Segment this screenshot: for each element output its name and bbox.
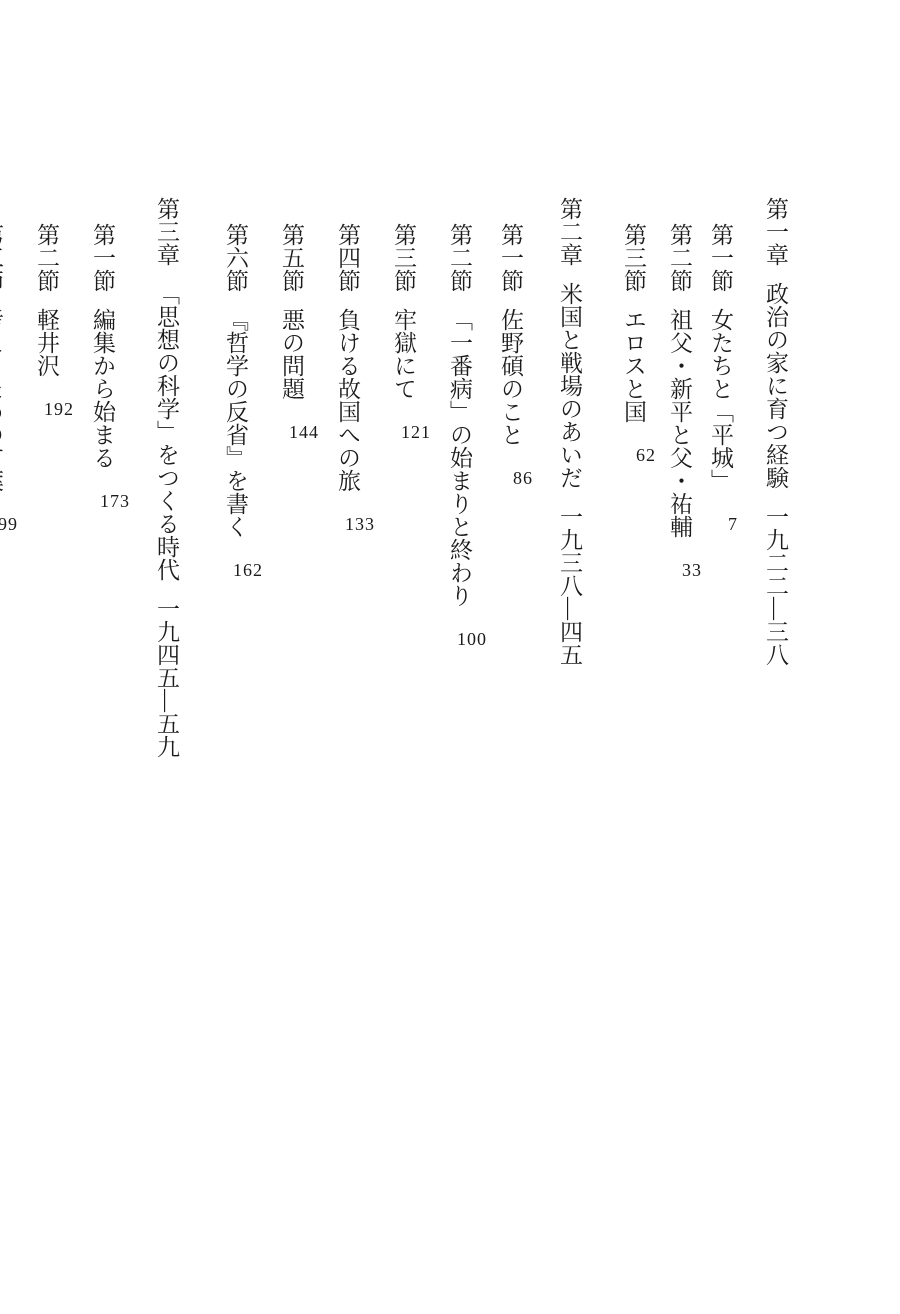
section-entry: 第二節祖父・新平と父・祐輔33	[656, 197, 702, 758]
chapter-title: 「思想の科学」をつくる時代	[154, 282, 179, 581]
section-entry: 第一節佐野碩のこと86	[487, 197, 533, 758]
chapter-title: 政治の家に育つ経験	[763, 282, 788, 489]
page-number: 33	[656, 552, 702, 589]
section-number-label: 第三節	[621, 223, 646, 292]
section-entry: 第三節牢獄にて121	[375, 197, 431, 758]
page-number: 121	[375, 414, 431, 451]
section-number-label: 第四節	[335, 223, 360, 292]
table-of-contents: 第一章政治の家に育つ経験一九二二―三八 第一節女たちと「平城」7 第二節祖父・新…	[0, 197, 794, 758]
section-entry: 第一節女たちと「平城」7	[702, 197, 739, 758]
chapter-number-label: 第三章	[154, 197, 179, 266]
section-number-label: 第六節	[223, 223, 248, 292]
chapter-years: 一九三八―四五	[557, 505, 582, 666]
section-title: 祖父・新平と父・祐輔	[667, 308, 692, 538]
page-number: 199	[0, 506, 18, 543]
section-title: 佐野碩のこと	[498, 308, 523, 446]
page-number: 162	[207, 552, 263, 589]
page-number: 133	[319, 506, 375, 543]
chapter-years: 一九二二―三八	[763, 505, 788, 666]
section-number-label: 第三節	[0, 223, 3, 292]
page-number: 192	[18, 391, 74, 428]
section-entry: 第四節負ける故国への旅133	[319, 197, 375, 758]
chapter-title: 米国と戦場のあいだ	[557, 282, 582, 489]
section-title: 「一番病」の始まりと終わり	[447, 308, 472, 607]
section-entry: 第二節軽井沢192	[18, 197, 74, 758]
page-number: 100	[431, 621, 487, 658]
page-number: 86	[487, 460, 533, 497]
section-title: 編集から始まる	[90, 308, 115, 469]
section-number-label: 第三節	[391, 223, 416, 292]
chapter-years: 一九四五―五九	[154, 597, 179, 758]
page-number: 7	[702, 506, 738, 543]
section-title: 女たちと「平城」	[708, 308, 733, 492]
section-title: 負ける故国への旅	[335, 308, 360, 492]
page-number: 62	[610, 437, 656, 474]
section-number-label: 第二節	[447, 223, 472, 292]
chapter-number-label: 第二章	[557, 197, 582, 266]
section-title: 軽井沢	[34, 308, 59, 377]
section-title: 牢獄にて	[391, 308, 416, 400]
section-entry: 第六節『哲学の反省』を書く162	[207, 197, 263, 758]
section-entry: 第一節編集から始まる173	[74, 197, 130, 758]
section-title: 悪の問題	[279, 308, 304, 400]
toc-page: 第一章政治の家に育つ経験一九二二―三八 第一節女たちと「平城」7 第二節祖父・新…	[0, 0, 900, 1314]
section-number-label: 第一節	[498, 223, 523, 292]
chapter-entry: 第一章政治の家に育つ経験一九二二―三八	[757, 197, 794, 758]
page-number: 173	[74, 483, 130, 520]
chapter-number-label: 第一章	[763, 197, 788, 266]
section-title: 『哲学の反省』を書く	[223, 308, 248, 538]
section-title: 考えるための言葉	[0, 308, 3, 492]
section-number-label: 第二節	[34, 223, 59, 292]
chapter-entry: 第二章米国と戦場のあいだ一九三八―四五	[551, 197, 588, 758]
chapter-entry: 第三章「思想の科学」をつくる時代一九四五―五九	[148, 197, 185, 758]
section-entry: 第三節エロスと国62	[610, 197, 656, 758]
section-entry: 第二節「一番病」の始まりと終わり100	[431, 197, 487, 758]
section-entry: 第三節考えるための言葉199	[0, 197, 18, 758]
section-number-label: 第一節	[708, 223, 733, 292]
section-number-label: 第二節	[667, 223, 692, 292]
section-number-label: 第五節	[279, 223, 304, 292]
page-number: 144	[263, 414, 319, 451]
section-title: エロスと国	[621, 308, 646, 423]
section-number-label: 第一節	[90, 223, 115, 292]
section-entry: 第五節悪の問題144	[263, 197, 319, 758]
